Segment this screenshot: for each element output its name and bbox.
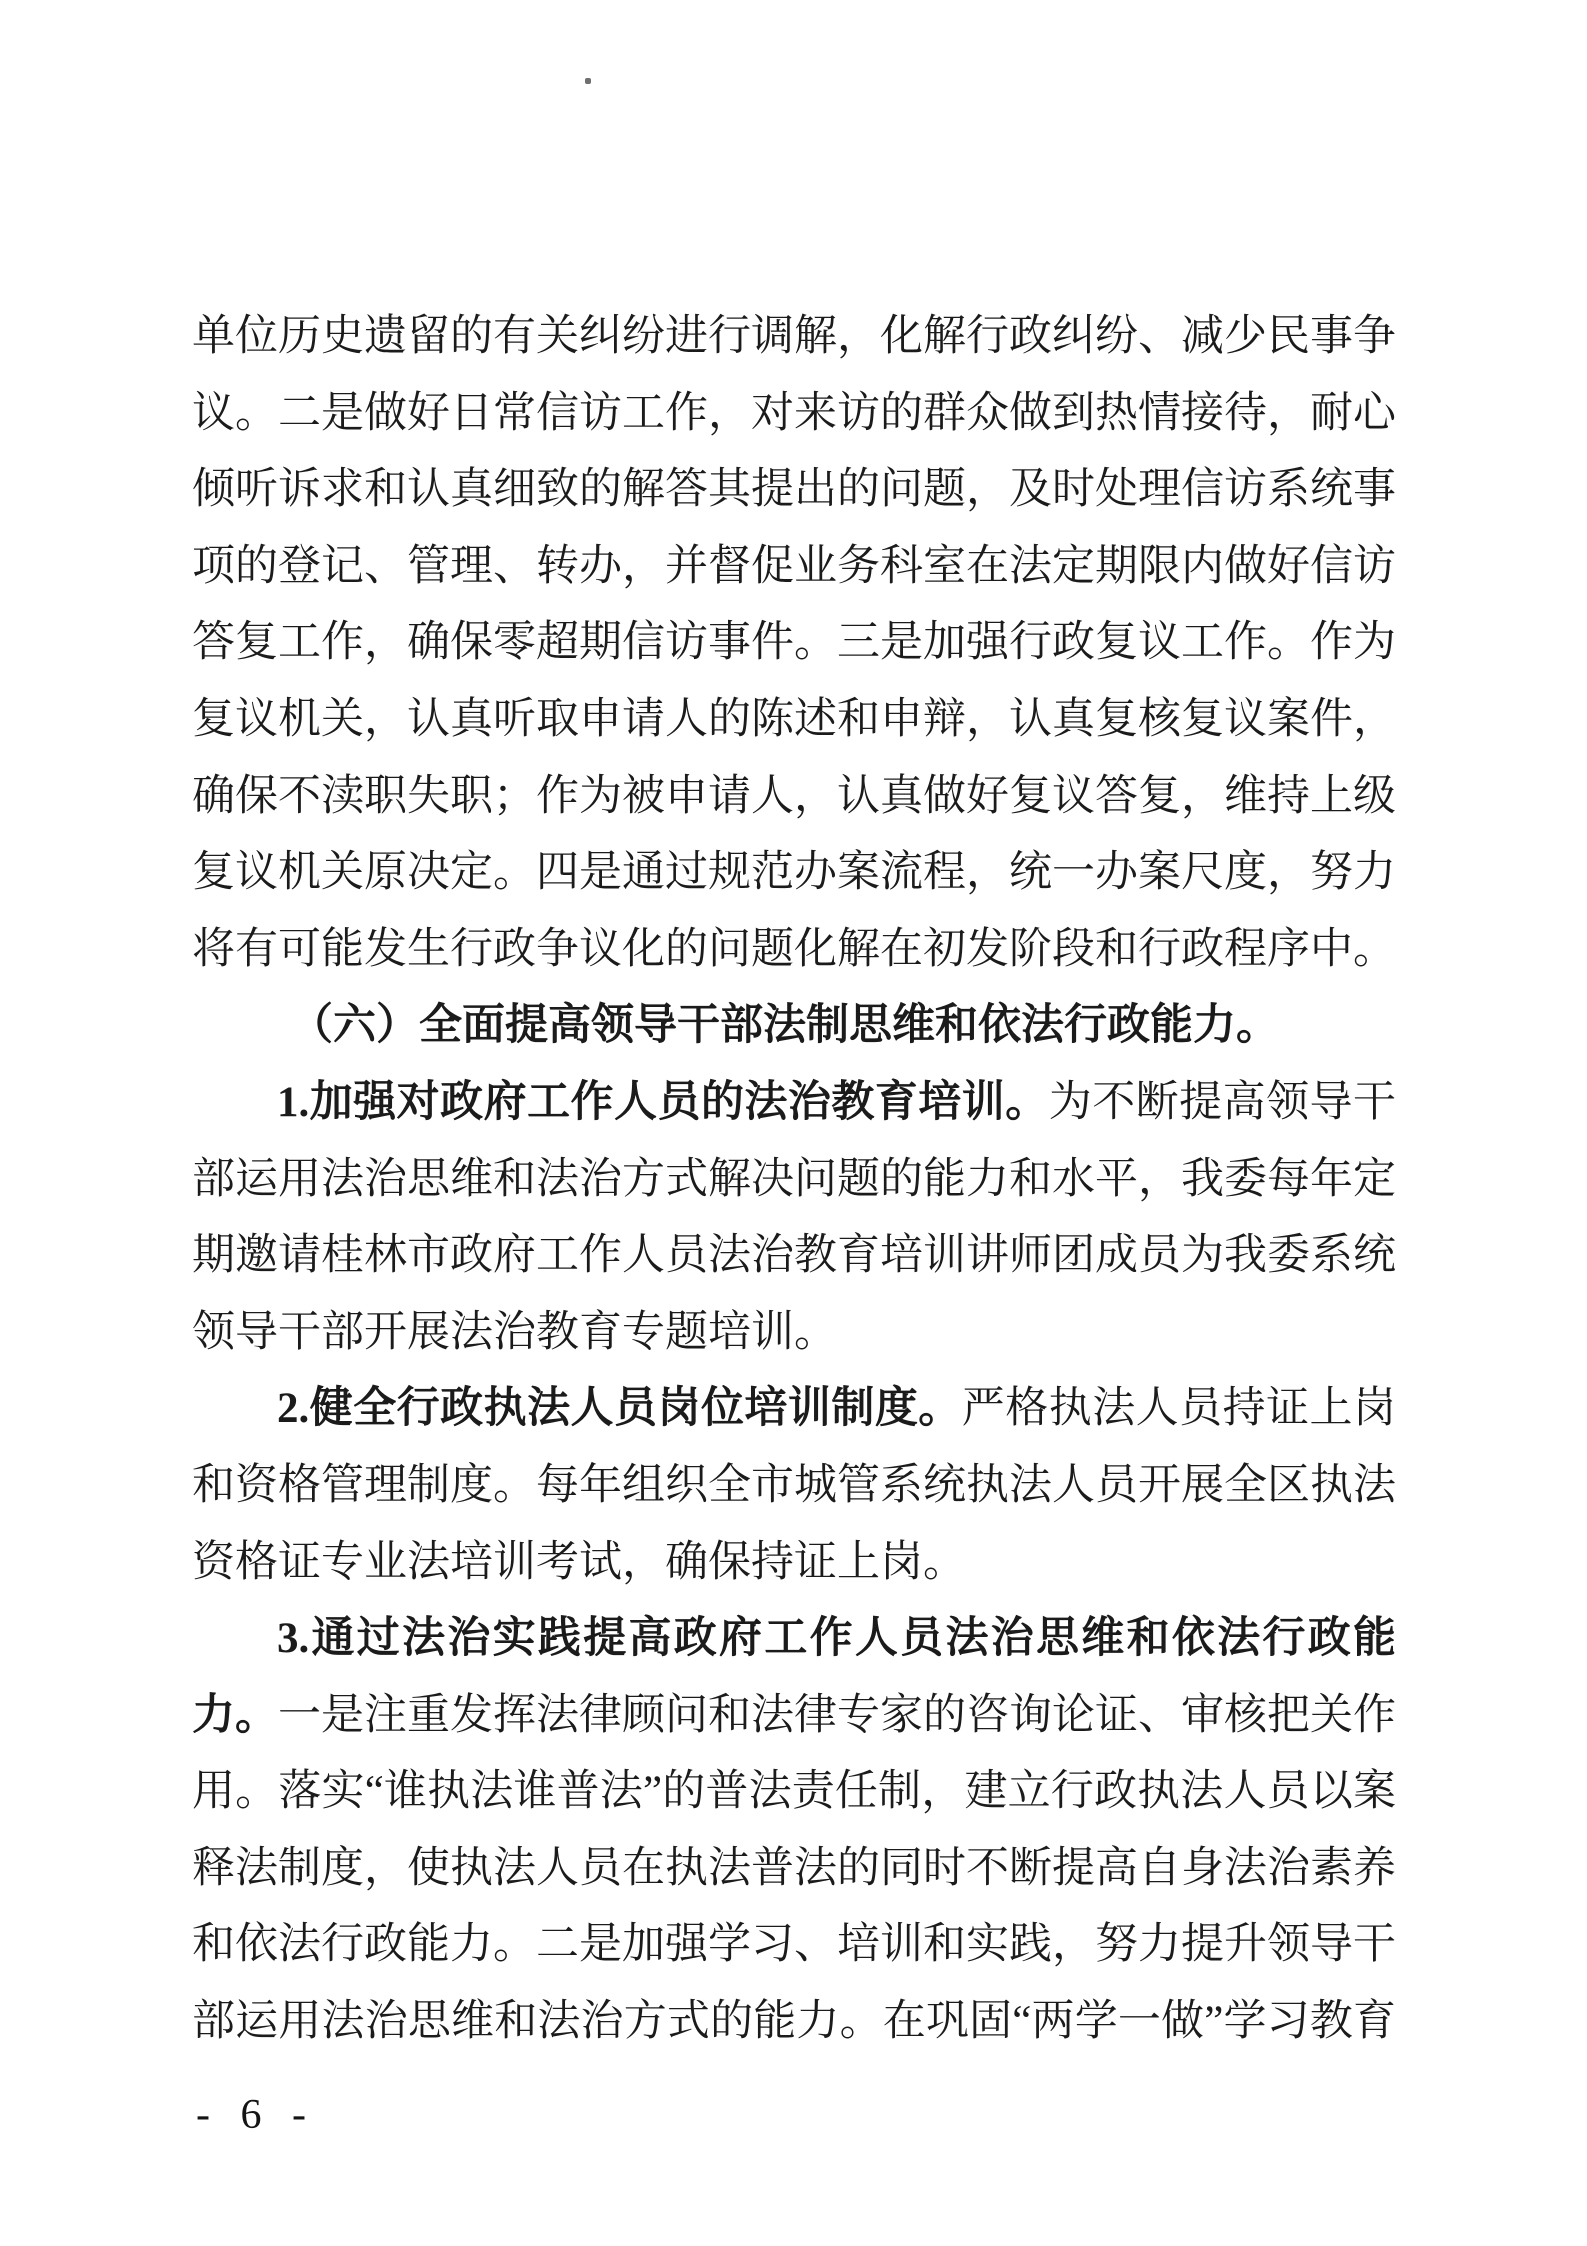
text-segment: 议。二是做好日常信访工作，对来访的群众做到热情接待，耐心 [192,390,1396,437]
text-segment: 复议机关原决定。四是通过规范办案流程，统一办案尺度，努力 [192,849,1396,896]
text-segment: （六）全面提高领导干部法制思维和依法行政能力。 [290,1002,1279,1049]
text-segment: 确保不渎职失职；作为被申请人，认真做好复议答复，维持上级 [192,773,1396,820]
text-line: 议。二是做好日常信访工作，对来访的群众做到热情接待，耐心 [192,376,1396,453]
text-line: 用。落实“谁执法谁普法”的普法责任制，建立行政执法人员以案 [192,1754,1396,1831]
text-segment: 1.加强对政府工作人员的法治教育培训。 [277,1079,1049,1126]
text-line: 释法制度，使执法人员在执法普法的同时不断提高自身法治素养 [192,1831,1396,1908]
text-line: （六）全面提高领导干部法制思维和依法行政能力。 [192,988,1396,1065]
text-line: 部运用法治思维和法治方式的能力。在巩固“两学一做”学习教育 [192,1984,1396,2061]
text-segment: 用。落实“谁执法谁普法”的普法责任制，建立行政执法人员以案 [192,1768,1396,1815]
text-line: 领导干部开展法治教育专题培训。 [192,1295,1396,1372]
text-segment: 力。 [192,1692,278,1739]
text-segment: 资格证专业法培训考试，确保持证上岗。 [192,1539,966,1586]
text-segment: 2.健全行政执法人员岗位培训制度。 [277,1385,962,1432]
text-segment: 和依法行政能力。二是加强学习、培训和实践，努力提升领导干 [192,1921,1396,1968]
page-number: - 6 - [196,2092,316,2138]
text-segment: 答复工作，确保零超期信访事件。三是加强行政复议工作。作为 [192,619,1396,666]
text-segment: 部运用法治思维和法治方式的能力。在巩固“两学一做”学习教育 [192,1998,1396,2045]
text-line: 资格证专业法培训考试，确保持证上岗。 [192,1525,1396,1602]
text-line: 和资格管理制度。每年组织全市城管系统执法人员开展全区执法 [192,1448,1396,1525]
text-segment: 项的登记、管理、转办，并督促业务科室在法定期限内做好信访 [192,543,1396,590]
text-line: 2.健全行政执法人员岗位培训制度。严格执法人员持证上岗 [192,1371,1396,1448]
document-page: 单位历史遗留的有关纠纷进行调解，化解行政纠纷、减少民事争议。二是做好日常信访工作… [0,0,1587,2246]
text-line: 倾听诉求和认真细致的解答其提出的问题，及时处理信访系统事 [192,452,1396,529]
text-segment: 倾听诉求和认真细致的解答其提出的问题，及时处理信访系统事 [192,466,1396,513]
text-line: 期邀请桂林市政府工作人员法治教育培训讲师团成员为我委系统 [192,1218,1396,1295]
text-line: 力。一是注重发挥法律顾问和法律专家的咨询论证、审核把关作 [192,1678,1396,1755]
text-segment: 部运用法治思维和法治方式解决问题的能力和水平，我委每年定 [192,1156,1396,1203]
text-segment: 将有可能发生行政争议化的问题化解在初发阶段和行政程序中。 [192,926,1396,973]
text-line: 部运用法治思维和法治方式解决问题的能力和水平，我委每年定 [192,1142,1396,1219]
text-line: 3.通过法治实践提高政府工作人员法治思维和依法行政能 [192,1601,1396,1678]
text-segment: 复议机关，认真听取申请人的陈述和申辩，认真复核复议案件， [192,696,1396,743]
text-segment: 严格执法人员持证上岗 [962,1385,1396,1432]
scan-speck [585,78,591,84]
text-segment: 领导干部开展法治教育专题培训。 [192,1309,837,1356]
text-line: 确保不渎职失职；作为被申请人，认真做好复议答复，维持上级 [192,759,1396,836]
text-segment: 释法制度，使执法人员在执法普法的同时不断提高自身法治素养 [192,1845,1396,1892]
text-line: 答复工作，确保零超期信访事件。三是加强行政复议工作。作为 [192,605,1396,682]
text-line: 复议机关，认真听取申请人的陈述和申辩，认真复核复议案件， [192,682,1396,759]
text-segment: 为不断提高领导干 [1049,1079,1396,1126]
text-segment: 和资格管理制度。每年组织全市城管系统执法人员开展全区执法 [192,1462,1396,1509]
text-segment: 一是注重发挥法律顾问和法律专家的咨询论证、审核把关作 [278,1692,1396,1739]
text-segment: 单位历史遗留的有关纠纷进行调解，化解行政纠纷、减少民事争 [192,313,1396,360]
text-line: 项的登记、管理、转办，并督促业务科室在法定期限内做好信访 [192,529,1396,606]
document-body: 单位历史遗留的有关纠纷进行调解，化解行政纠纷、减少民事争议。二是做好日常信访工作… [192,299,1396,2061]
text-line: 将有可能发生行政争议化的问题化解在初发阶段和行政程序中。 [192,912,1396,989]
text-segment: 期邀请桂林市政府工作人员法治教育培训讲师团成员为我委系统 [192,1232,1396,1279]
text-line: 和依法行政能力。二是加强学习、培训和实践，努力提升领导干 [192,1907,1396,1984]
text-line: 1.加强对政府工作人员的法治教育培训。为不断提高领导干 [192,1065,1396,1142]
text-segment: 3.通过法治实践提高政府工作人员法治思维和依法行政能 [277,1615,1396,1662]
text-line: 单位历史遗留的有关纠纷进行调解，化解行政纠纷、减少民事争 [192,299,1396,376]
text-line: 复议机关原决定。四是通过规范办案流程，统一办案尺度，努力 [192,835,1396,912]
